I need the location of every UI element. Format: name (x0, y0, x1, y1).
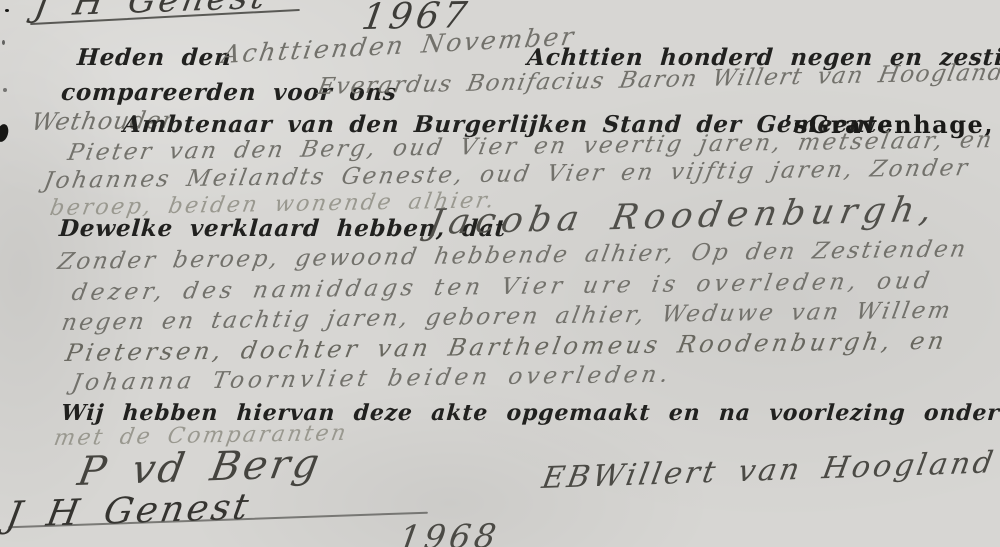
handwritten-detail5: Johanna Toornvliet beiden overleden. (70, 364, 674, 395)
signature-genest: J H Genest (4, 490, 254, 534)
handwritten-detail4: Pietersen, dochter van Barthelomeus Rood… (64, 329, 950, 365)
signature-vd-berg: P vd Berg (75, 444, 325, 492)
handwritten-date: Achttienden November (220, 24, 578, 67)
ink-blot (0, 123, 10, 143)
handwritten-official-name: Everardus Bonifacius Baron Willert van H… (316, 62, 1000, 99)
printed-closing: Wij hebben hiervan deze akte opgemaakt e… (60, 402, 1000, 424)
ink-speck (2, 40, 5, 45)
printed-heden-den: Heden den (76, 46, 232, 69)
ink-speck (3, 88, 7, 92)
ink-speck (5, 9, 9, 12)
handwritten-deceased-name: Jacoba Roodenburgh, (425, 193, 940, 241)
death-certificate-scan: J H Genest 1967 Heden den Achttienden No… (0, 0, 1000, 547)
next-act-number: 1968 (397, 519, 503, 547)
signature-official: EBWillert van Hoogland (540, 448, 998, 494)
